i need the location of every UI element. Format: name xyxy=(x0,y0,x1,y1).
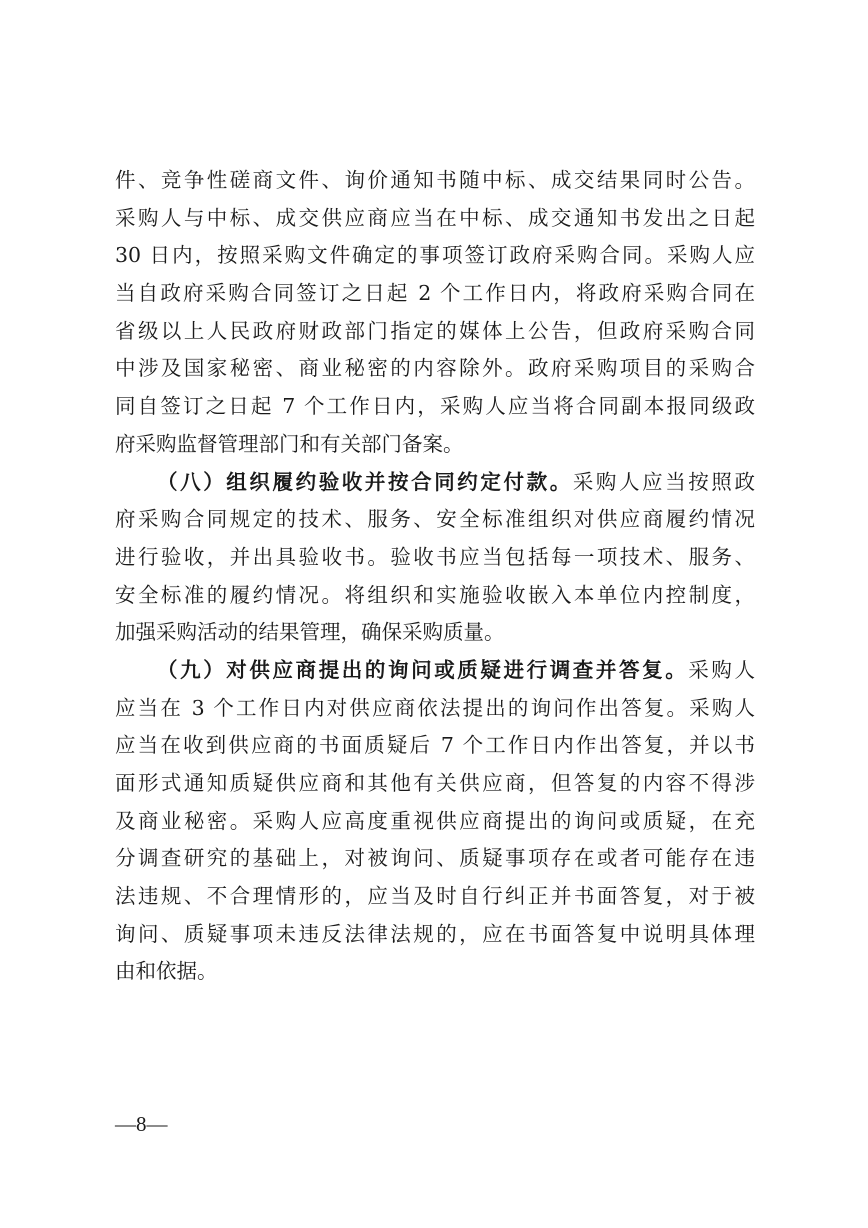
text-line: 中涉及国家秘密、商业秘密的内容除外。政府采购项目的采购合 xyxy=(115,350,755,388)
text-line: 府采购合同规定的技术、服务、安全标准组织对供应商履约情况 xyxy=(115,501,755,539)
text-line: 及商业秘密。采购人应高度重视供应商提出的询问或质疑，在充 xyxy=(115,803,755,841)
text-line: 询问、质疑事项未违反法律法规的，应在书面答复中说明具体理 xyxy=(115,916,755,954)
text-line: 当自政府采购合同签订之日起 2 个工作日内，将政府采购合同在 xyxy=(115,275,755,313)
text-line: 面形式通知质疑供应商和其他有关供应商，但答复的内容不得涉 xyxy=(115,765,755,803)
text-line: 由和依据。 xyxy=(115,953,755,991)
text-line: 应当在收到供应商的书面质疑后 7 个工作日内作出答复，并以书 xyxy=(115,727,755,765)
section-9-first-line: （九）对供应商提出的询问或质疑进行调查并答复。采购人 xyxy=(115,652,755,690)
text-line: 同自签订之日起 7 个工作日内，采购人应当将合同副本报同级政 xyxy=(115,388,755,426)
document-page: 件、竞争性磋商文件、询价通知书随中标、成交结果同时公告。 采购人与中标、成交供应… xyxy=(0,0,868,1228)
page-number: —8— xyxy=(115,1112,168,1137)
text-line: 件、竞争性磋商文件、询价通知书随中标、成交结果同时公告。 xyxy=(115,162,755,200)
section-8-first-line: （八）组织履约验收并按合同约定付款。采购人应当按照政 xyxy=(115,464,755,502)
text-line: 府采购监督管理部门和有关部门备案。 xyxy=(115,426,755,464)
text-line: 采购人与中标、成交供应商应当在中标、成交通知书发出之日起 xyxy=(115,200,755,238)
section-9-text: 采购人 xyxy=(688,658,755,682)
section-9-heading: （九）对供应商提出的询问或质疑进行调查并答复。 xyxy=(157,658,688,682)
text-line: 安全标准的履约情况。将组织和实施验收嵌入本单位内控制度， xyxy=(115,577,755,615)
text-line: 加强采购活动的结果管理，确保采购质量。 xyxy=(115,614,755,652)
text-line: 省级以上人民政府财政部门指定的媒体上公告，但政府采购合同 xyxy=(115,313,755,351)
text-line: 法违规、不合理情形的，应当及时自行纠正并书面答复，对于被 xyxy=(115,878,755,916)
body-text: 件、竞争性磋商文件、询价通知书随中标、成交结果同时公告。 采购人与中标、成交供应… xyxy=(115,162,755,991)
section-8-text: 采购人应当按照政 xyxy=(573,470,755,494)
text-line: 30 日内，按照采购文件确定的事项签订政府采购合同。采购人应 xyxy=(115,237,755,275)
text-line: 进行验收，并出具验收书。验收书应当包括每一项技术、服务、 xyxy=(115,539,755,577)
section-8-heading: （八）组织履约验收并按合同约定付款。 xyxy=(157,470,573,494)
text-line: 分调查研究的基础上，对被询问、质疑事项存在或者可能存在违 xyxy=(115,840,755,878)
text-line: 应当在 3 个工作日内对供应商依法提出的询问作出答复。采购人 xyxy=(115,690,755,728)
